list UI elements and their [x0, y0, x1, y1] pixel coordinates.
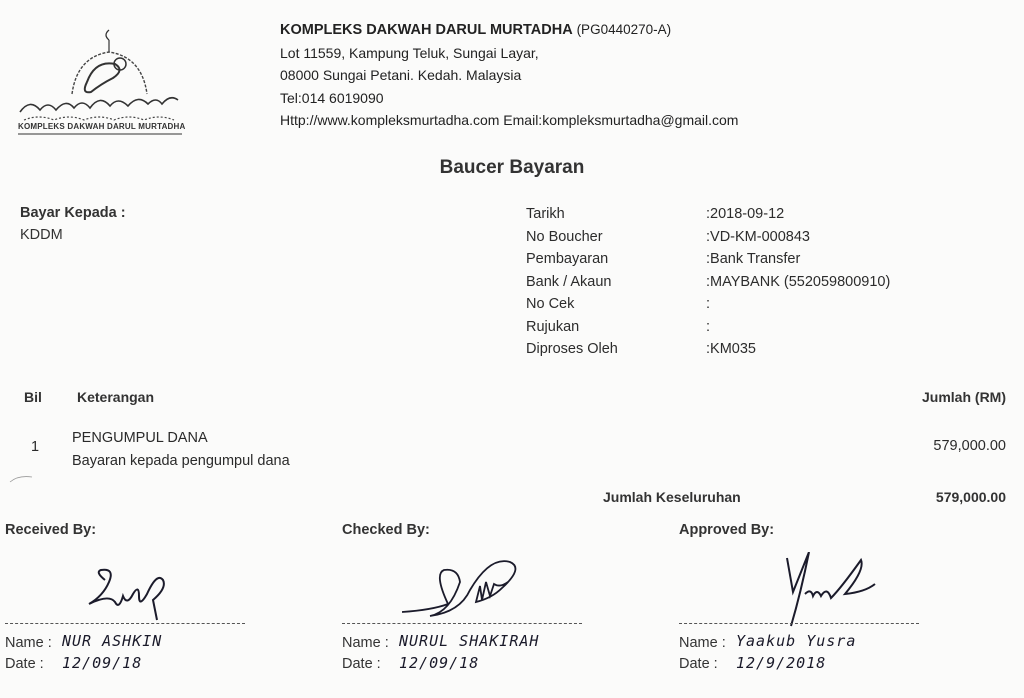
- signature-role: Received By:: [5, 522, 96, 538]
- name-label: Name :: [5, 635, 52, 651]
- date-label: Date :: [5, 656, 44, 672]
- detail-label: No Boucher: [526, 226, 706, 249]
- detail-value: :VD-KM-000843: [706, 226, 810, 249]
- organization-registration: (PG0440270-A): [577, 22, 672, 37]
- table-row-amount: 579,000.00: [933, 438, 1006, 454]
- item-title: PENGUMPUL DANA: [72, 427, 290, 450]
- item-description: Bayaran kepada pengumpul dana: [72, 450, 290, 473]
- column-header-bil: Bil: [24, 389, 42, 405]
- voucher-details: Tarikh:2018-09-12 No Boucher:VD-KM-00084…: [526, 203, 890, 361]
- mosque-dome-calligraphy-logo-icon: [12, 22, 187, 137]
- signed-date: 12/09/18: [62, 654, 142, 672]
- payee-value: KDDM: [20, 227, 63, 243]
- signature-block-approved: Approved By: Name : Yaakub Yusra Date : …: [679, 522, 929, 692]
- detail-value: :: [706, 293, 710, 316]
- logo-caption: KOMPLEKS DAKWAH DARUL MURTADHA: [18, 122, 185, 131]
- detail-value: :: [706, 316, 710, 339]
- detail-label: No Cek: [526, 293, 706, 316]
- detail-row-voucher-no: No Boucher:VD-KM-000843: [526, 226, 890, 249]
- phone: Tel:014 6019090: [280, 87, 738, 110]
- scan-artifact-icon: [8, 474, 38, 484]
- signature-line: [342, 623, 582, 624]
- signature-icon: [65, 552, 215, 627]
- detail-row-payment-method: Pembayaran:Bank Transfer: [526, 248, 890, 271]
- detail-row-cheque-no: No Cek:: [526, 293, 890, 316]
- signed-date: 12/9/2018: [736, 654, 826, 672]
- detail-value: :2018-09-12: [706, 203, 784, 226]
- table-row-description: PENGUMPUL DANA Bayaran kepada pengumpul …: [72, 427, 290, 473]
- detail-row-bank-account: Bank / Akaun:MAYBANK (552059800910): [526, 271, 890, 294]
- web-email: Http://www.kompleksmurtadha.com Email:ko…: [280, 109, 738, 132]
- organization-header: KOMPLEKS DAKWAH DARUL MURTADHA (PG044027…: [280, 18, 738, 132]
- detail-label: Rujukan: [526, 316, 706, 339]
- detail-value: :Bank Transfer: [706, 248, 800, 271]
- signer-name: NUR ASHKIN: [62, 632, 162, 650]
- date-label: Date :: [679, 656, 718, 672]
- signature-line: [5, 623, 245, 624]
- signature-line: [679, 623, 919, 624]
- total-value: 579,000.00: [936, 489, 1006, 505]
- address-line-2: 08000 Sungai Petani. Kedah. Malaysia: [280, 64, 738, 87]
- detail-row-processed-by: Diproses Oleh:KM035: [526, 338, 890, 361]
- detail-value: :MAYBANK (552059800910): [706, 271, 890, 294]
- detail-label: Diproses Oleh: [526, 338, 706, 361]
- name-label: Name :: [342, 635, 389, 651]
- signer-name: Yaakub Yusra: [736, 632, 856, 650]
- address-line-1: Lot 11559, Kampung Teluk, Sungai Layar,: [280, 42, 738, 65]
- detail-label: Tarikh: [526, 203, 706, 226]
- signature-role: Checked By:: [342, 522, 430, 538]
- detail-label: Bank / Akaun: [526, 271, 706, 294]
- detail-row-reference: Rujukan:: [526, 316, 890, 339]
- signature-icon: [402, 552, 552, 627]
- signature-role: Approved By:: [679, 522, 774, 538]
- signer-name: NURUL SHAKIRAH: [399, 632, 539, 650]
- payee-label: Bayar Kepada :: [20, 205, 126, 221]
- column-header-keterangan: Keterangan: [77, 389, 154, 405]
- signature-icon: [739, 552, 889, 627]
- column-header-jumlah: Jumlah (RM): [922, 389, 1006, 405]
- total-label: Jumlah Keseluruhan: [603, 489, 741, 505]
- organization-logo: KOMPLEKS DAKWAH DARUL MURTADHA: [12, 22, 187, 137]
- signature-block-checked: Checked By: Name : NURUL SHAKIRAH Date :…: [342, 522, 592, 692]
- signature-block-received: Received By: Name : NUR ASHKIN Date : 12…: [5, 522, 255, 692]
- table-row-bil: 1: [31, 439, 39, 455]
- organization-name: KOMPLEKS DAKWAH DARUL MURTADHA: [280, 22, 573, 38]
- page-title: Baucer Bayaran: [0, 157, 1024, 179]
- detail-value: :KM035: [706, 338, 756, 361]
- name-label: Name :: [679, 635, 726, 651]
- detail-row-date: Tarikh:2018-09-12: [526, 203, 890, 226]
- signed-date: 12/09/18: [399, 654, 479, 672]
- date-label: Date :: [342, 656, 381, 672]
- detail-label: Pembayaran: [526, 248, 706, 271]
